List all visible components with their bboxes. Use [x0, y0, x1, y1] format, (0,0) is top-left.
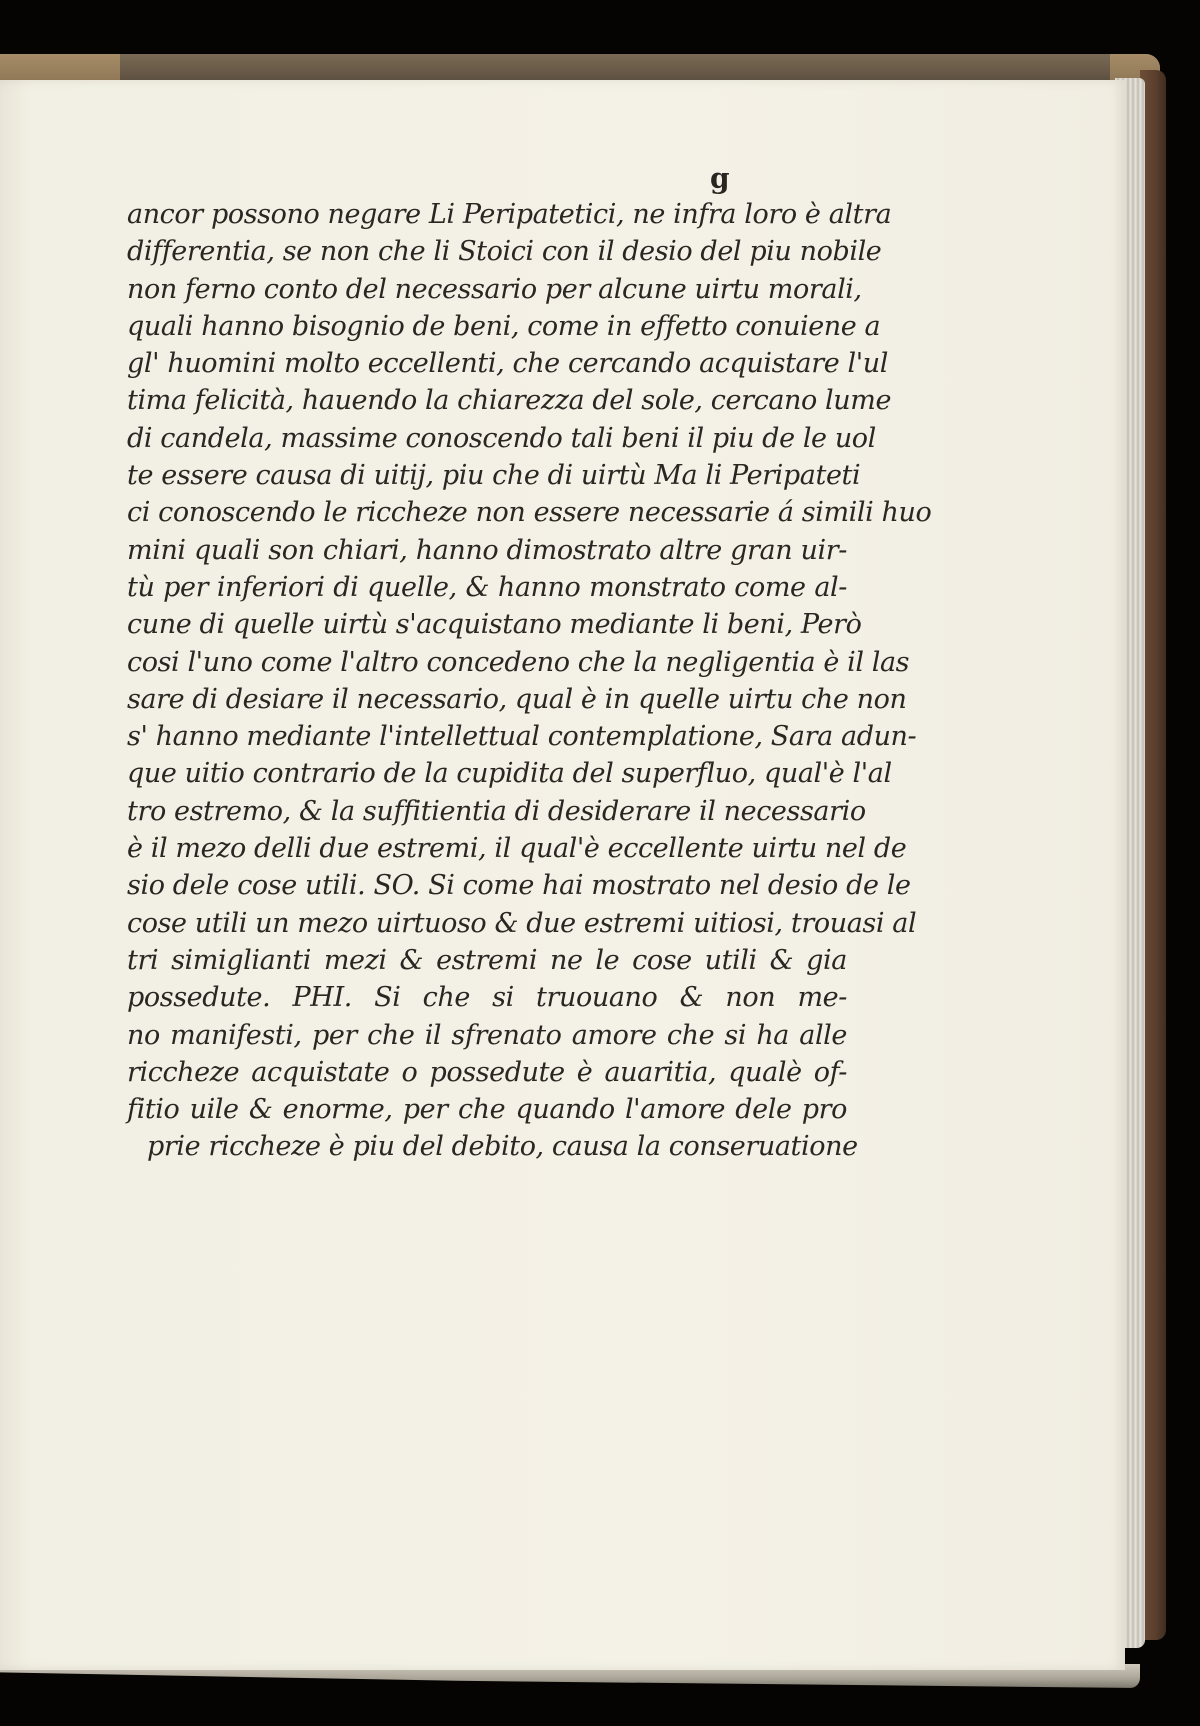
text-line: mini quali son chiari, hanno dimostrato … — [127, 532, 847, 569]
text-line: riccheze acquistate o possedute è auarit… — [127, 1054, 847, 1091]
text-line: cune di quelle uirtù s'acquistano median… — [127, 606, 847, 643]
text-line: non ferno conto del necessario per alcun… — [127, 271, 847, 308]
text-line: tù per inferiori di quelle, & hanno mons… — [127, 569, 847, 606]
text-line: te essere causa di uitij, piu che di uir… — [127, 457, 847, 494]
text-line: fitio uile & enorme, per che quando l'am… — [127, 1091, 847, 1128]
text-line: cose utili un mezo uirtuoso & due estrem… — [127, 905, 847, 942]
text-line: tri simiglianti mezi & estremi ne le cos… — [127, 942, 847, 979]
text-line: differentia, se non che li Stoici con il… — [127, 233, 847, 270]
text-line: prie riccheze è piu del debito, causa la… — [127, 1128, 847, 1165]
text-line: tro estremo, & la suffitientia di deside… — [127, 793, 847, 830]
text-line: que uitio contrario de la cupidita del s… — [127, 755, 847, 792]
text-line: quali hanno bisognio de beni, come in ef… — [127, 308, 847, 345]
page-signature: g — [710, 162, 730, 195]
text-line: tima felicità, hauendo la chiarezza del … — [127, 382, 847, 419]
text-line: cosi l'uno come l'altro concedeno che la… — [127, 644, 847, 681]
text-line: s' hanno mediante l'intellettual contemp… — [127, 718, 847, 755]
text-line: ancor possono negare Li Peripatetici, ne… — [127, 196, 847, 233]
text-line: gl' huomini molto eccellenti, che cercan… — [127, 345, 847, 382]
text-line: sio dele cose utili. SO. Si come hai mos… — [127, 867, 847, 904]
text-line: sare di desiare il necessario, qual è in… — [127, 681, 847, 718]
body-text: ancor possono negare Li Peripatetici, ne… — [127, 196, 847, 1166]
text-line: è il mezo delli due estremi, il qual'è e… — [127, 830, 847, 867]
text-line: di candela, massime conoscendo tali beni… — [127, 420, 847, 457]
text-line: possedute. PHI. Si che si truouano & non… — [127, 979, 847, 1016]
text-line: ci conoscendo le riccheze non essere nec… — [127, 494, 847, 531]
text-line: no manifesti, per che il sfrenato amore … — [127, 1017, 847, 1054]
